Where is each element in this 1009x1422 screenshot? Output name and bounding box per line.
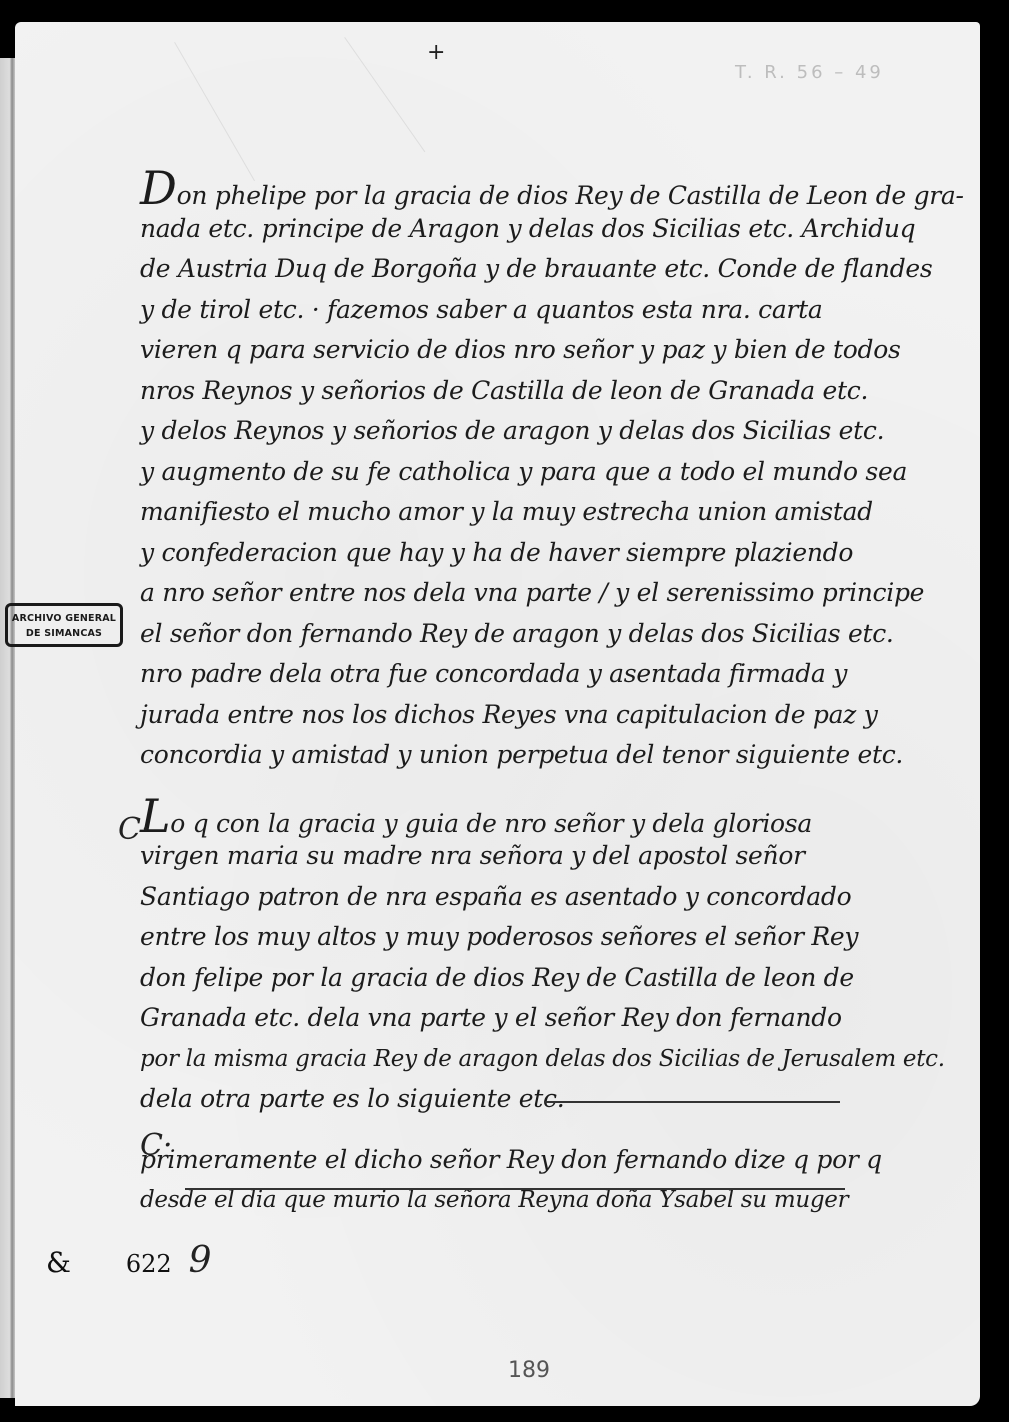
text-line: Don phelipe por la gracia de dios Rey de… (140, 168, 860, 209)
paragraph-marker: C· (118, 812, 151, 847)
line-fill-flourish (545, 1101, 840, 1103)
text-line: vieren q para servicio de dios nro señor… (140, 330, 860, 371)
text-line: Santiago patron de nra españa es asentad… (140, 877, 860, 918)
paragraph-3: primeramente el dicho señor Rey don fern… (140, 1140, 860, 1221)
text-line: y augmento de su fe catholica y para que… (140, 452, 860, 493)
paper-crease (344, 37, 425, 152)
archive-stamp: ARCHIVO GENERAL DE SIMANCAS (5, 603, 123, 647)
paper-crease (174, 42, 255, 181)
text-line: desde el dia que murio la señora Reyna d… (140, 1180, 860, 1221)
binding-strip (0, 58, 16, 1398)
text-line: a nro señor entre nos dela vna parte / y… (140, 573, 860, 614)
shelf-mark: & 622 9 (46, 1240, 211, 1281)
folio-number: 189 (508, 1358, 550, 1383)
manuscript-text: Don phelipe por la gracia de dios Rey de… (140, 168, 860, 1221)
cross-mark: + (427, 40, 445, 65)
text-line: nro padre dela otra fue concordada y ase… (140, 654, 860, 695)
text-line: el señor don fernando Rey de aragon y de… (140, 614, 860, 655)
text-line: Lo q con la gracia y guia de nro señor y… (140, 796, 860, 837)
stamp-line-1: ARCHIVO GENERAL (8, 611, 120, 626)
pencil-reference: T. R. 56 – 49 (735, 62, 884, 83)
shelf-mark-symbol: & (46, 1246, 71, 1279)
text-line: nros Reynos y señorios de Castilla de le… (140, 371, 860, 412)
text-line: y de tirol etc. · fazemos saber a quanto… (140, 290, 860, 331)
text-line: virgen maria su madre nra señora y del a… (140, 836, 860, 877)
text-line: nada etc. principe de Aragon y delas dos… (140, 209, 860, 250)
stamp-line-2: DE SIMANCAS (8, 626, 120, 641)
text-line: manifiesto el mucho amor y la muy estrec… (140, 492, 860, 533)
shelf-mark-annotation: 9 (189, 1240, 212, 1281)
line-fill-flourish (185, 1188, 845, 1190)
text-line: de Austria Duq de Borgoña y de brauante … (140, 249, 860, 290)
text-line: concordia y amistad y union perpetua del… (140, 735, 860, 776)
shelf-mark-number: 622 (126, 1250, 172, 1278)
text-line: por la misma gracia Rey de aragon delas … (140, 1039, 860, 1080)
text-line: Granada etc. dela vna parte y el señor R… (140, 998, 860, 1039)
text-line: primeramente el dicho señor Rey don fern… (140, 1140, 860, 1181)
text-line: don felipe por la gracia de dios Rey de … (140, 958, 860, 999)
text-line: dela otra parte es lo siguiente etc. (140, 1079, 860, 1120)
text-line: y confederacion que hay y ha de haver si… (140, 533, 860, 574)
paragraph-marker: C· (140, 1128, 173, 1163)
paragraph-1: Don phelipe por la gracia de dios Rey de… (140, 168, 860, 776)
text-line: jurada entre nos los dichos Reyes vna ca… (140, 695, 860, 736)
paragraph-2: Lo q con la gracia y guia de nro señor y… (140, 796, 860, 1120)
text-line: entre los muy altos y muy poderosos seño… (140, 917, 860, 958)
text-line: y delos Reynos y señorios de aragon y de… (140, 411, 860, 452)
